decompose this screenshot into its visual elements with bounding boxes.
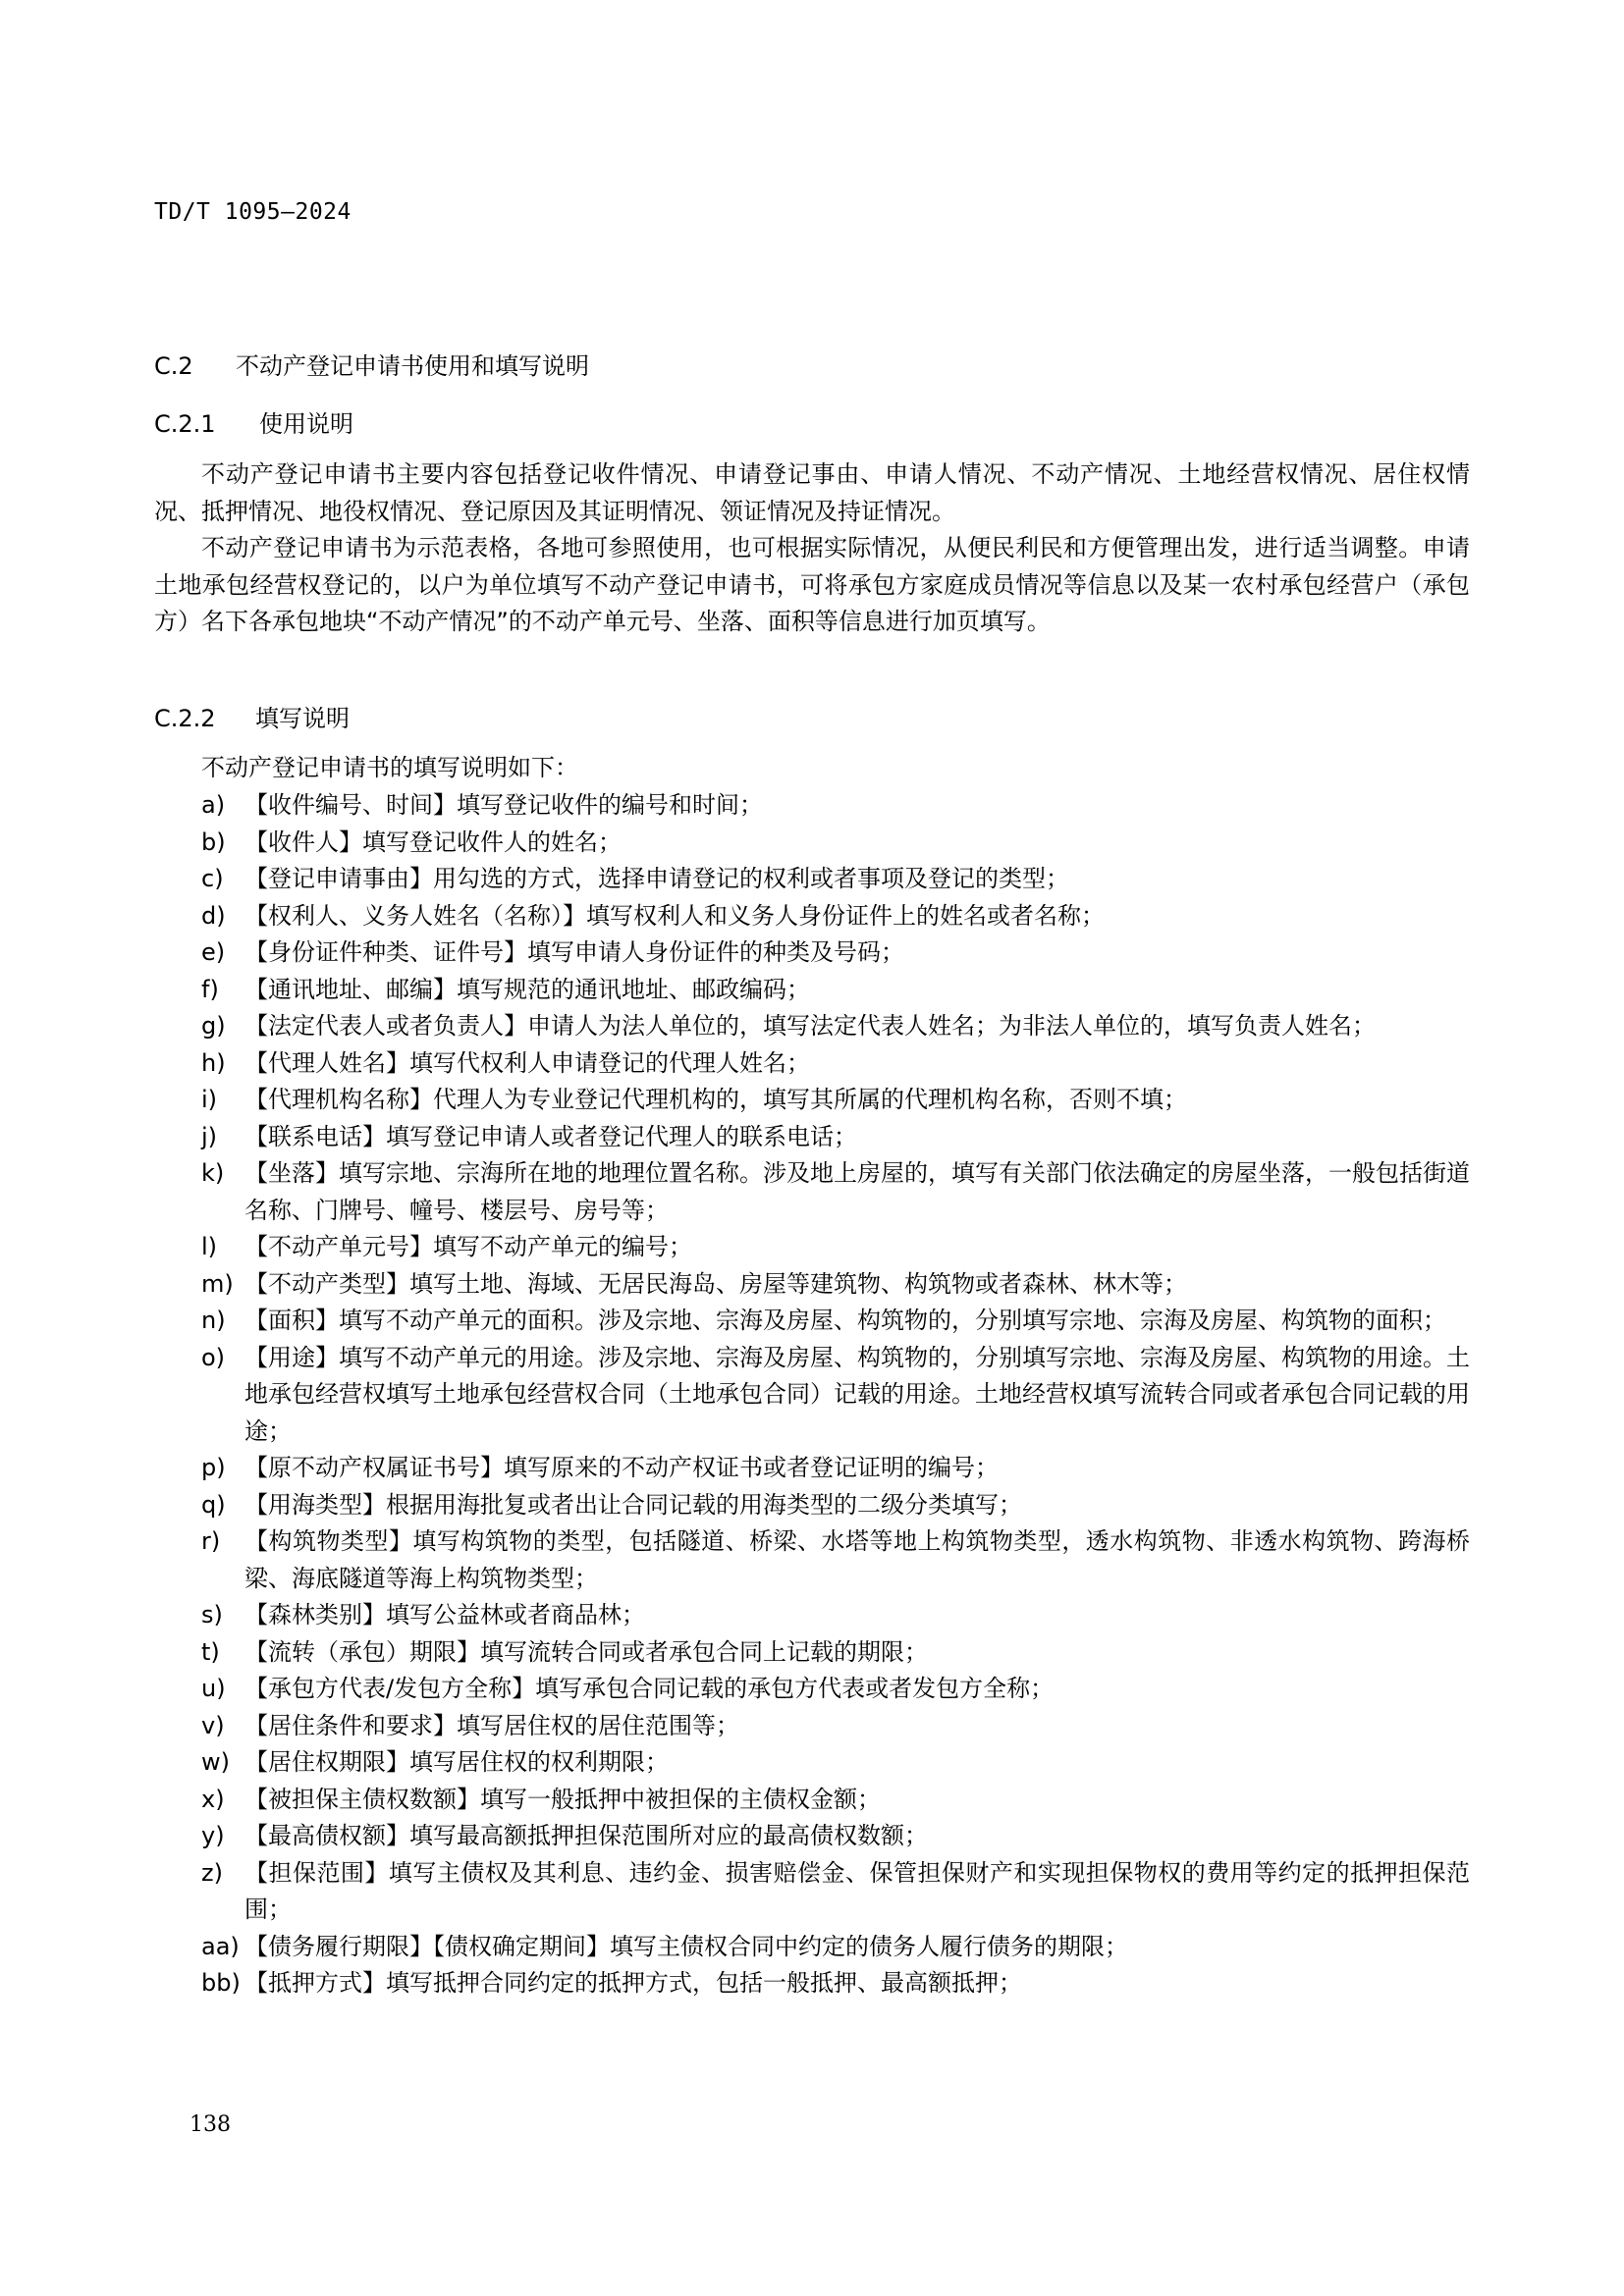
list-item: f)【通讯地址、邮编】填写规范的通讯地址、邮政编码；: [154, 972, 1470, 1009]
list-item-label: k): [154, 1155, 244, 1229]
list-item: o)【用途】填写不动产单元的用途。涉及宗地、宗海及房屋、构筑物的，分别填写宗地、…: [154, 1340, 1470, 1451]
list-item: h)【代理人姓名】填写代权利人申请登记的代理人姓名；: [154, 1045, 1470, 1083]
list-item-text: 【居住条件和要求】填写居住权的居住范围等；: [244, 1708, 1470, 1745]
list-item-label: q): [154, 1487, 244, 1524]
list-item-label: e): [154, 934, 244, 972]
list-item-label: f): [154, 972, 244, 1009]
list-item-text: 【收件人】填写登记收件人的姓名；: [244, 825, 1470, 862]
list-item-text: 【担保范围】填写主债权及其利息、违约金、损害赔偿金、保管担保财产和实现担保物权的…: [244, 1855, 1470, 1929]
list-item-label: x): [154, 1782, 244, 1819]
list-item-label: p): [154, 1450, 244, 1487]
list-item-text: 【通讯地址、邮编】填写规范的通讯地址、邮政编码；: [244, 972, 1470, 1009]
list-item: u)【承包方代表/发包方全称】填写承包合同记载的承包方代表或者发包方全称；: [154, 1671, 1470, 1708]
section-heading-c2: C.2不动产登记申请书使用和填写说明: [154, 347, 589, 381]
list-item-text: 【代理机构名称】代理人为专业登记代理机构的，填写其所属的代理机构名称，否则不填；: [244, 1082, 1470, 1119]
list-item-text: 【不动产单元号】填写不动产单元的编号；: [244, 1229, 1470, 1266]
list-item-label: d): [154, 898, 244, 935]
list-item: b)【收件人】填写登记收件人的姓名；: [154, 825, 1470, 862]
list-item-text: 【构筑物类型】填写构筑物的类型，包括隧道、桥梁、水塔等地上构筑物类型，透水构筑物…: [244, 1523, 1470, 1597]
list-item-label: aa): [154, 1929, 244, 1966]
list-item-label: w): [154, 1744, 244, 1782]
list-item: a)【收件编号、时间】填写登记收件的编号和时间；: [154, 787, 1470, 825]
list-item-text: 【居住权期限】填写居住权的权利期限；: [244, 1744, 1470, 1782]
list-item-label: n): [154, 1303, 244, 1340]
list-item: l)【不动产单元号】填写不动产单元的编号；: [154, 1229, 1470, 1266]
list-item-text: 【抵押方式】填写抵押合同约定的抵押方式，包括一般抵押、最高额抵押；: [244, 1965, 1470, 2002]
list-item-label: i): [154, 1082, 244, 1119]
list-item-text: 【坐落】填写宗地、宗海所在地的地理位置名称。涉及地上房屋的，填写有关部门依法确定…: [244, 1155, 1470, 1229]
list-item-label: u): [154, 1671, 244, 1708]
list-item-text: 【用途】填写不动产单元的用途。涉及宗地、宗海及房屋、构筑物的，分别填写宗地、宗海…: [244, 1340, 1470, 1451]
list-item-label: l): [154, 1229, 244, 1266]
list-item-label: c): [154, 861, 244, 898]
paragraph: 不动产登记申请书主要内容包括登记收件情况、申请登记事由、申请人情况、不动产情况、…: [154, 456, 1470, 530]
list-item: v)【居住条件和要求】填写居住权的居住范围等；: [154, 1708, 1470, 1745]
list-item: aa)【债务履行期限】【债权确定期间】填写主债权合同中约定的债务人履行债务的期限…: [154, 1929, 1470, 1966]
list-item: k)【坐落】填写宗地、宗海所在地的地理位置名称。涉及地上房屋的，填写有关部门依法…: [154, 1155, 1470, 1229]
list-item-text: 【收件编号、时间】填写登记收件的编号和时间；: [244, 787, 1470, 825]
section-title: 填写说明: [255, 705, 350, 732]
list-item-label: z): [154, 1855, 244, 1929]
standard-code-header: TD/T 1095—2024: [154, 199, 352, 225]
list-item-text: 【权利人、义务人姓名（名称）】填写权利人和义务人身份证件上的姓名或者名称；: [244, 898, 1470, 935]
list-item-label: j): [154, 1119, 244, 1156]
list-item-text: 【债务履行期限】【债权确定期间】填写主债权合同中约定的债务人履行债务的期限；: [244, 1929, 1470, 1966]
list-item-label: m): [154, 1266, 244, 1304]
list-item: n)【面积】填写不动产单元的面积。涉及宗地、宗海及房屋、构筑物的，分别填写宗地、…: [154, 1303, 1470, 1340]
list-item-text: 【联系电话】填写登记申请人或者登记代理人的联系电话；: [244, 1119, 1470, 1156]
list-item-label: y): [154, 1818, 244, 1855]
section-number: C.2: [154, 352, 236, 380]
list-item-text: 【承包方代表/发包方全称】填写承包合同记载的承包方代表或者发包方全称；: [244, 1671, 1470, 1708]
section-title: 使用说明: [259, 410, 353, 438]
list-item-text: 【登记申请事由】用勾选的方式，选择申请登记的权利或者事项及登记的类型；: [244, 861, 1470, 898]
fill-instructions-list: a)【收件编号、时间】填写登记收件的编号和时间；b)【收件人】填写登记收件人的姓…: [154, 787, 1470, 2002]
list-item-text: 【流转（承包）期限】填写流转合同或者承包合同上记载的期限；: [244, 1634, 1470, 1672]
list-item-label: s): [154, 1597, 244, 1634]
list-item: e)【身份证件种类、证件号】填写申请人身份证件的种类及号码；: [154, 934, 1470, 972]
list-item-label: t): [154, 1634, 244, 1672]
list-item-text: 【原不动产权属证书号】填写原来的不动产权证书或者登记证明的编号；: [244, 1450, 1470, 1487]
list-item-text: 【面积】填写不动产单元的面积。涉及宗地、宗海及房屋、构筑物的，分别填写宗地、宗海…: [244, 1303, 1470, 1340]
usage-description: 不动产登记申请书主要内容包括登记收件情况、申请登记事由、申请人情况、不动产情况、…: [154, 456, 1470, 641]
section-number: C.2.2: [154, 705, 255, 732]
list-item-label: r): [154, 1523, 244, 1597]
list-item: s)【森林类别】填写公益林或者商品林；: [154, 1597, 1470, 1634]
list-item: r)【构筑物类型】填写构筑物的类型，包括隧道、桥梁、水塔等地上构筑物类型，透水构…: [154, 1523, 1470, 1597]
paragraph: 不动产登记申请书为示范表格，各地可参照使用，也可根据实际情况，从便民利民和方便管…: [154, 530, 1470, 641]
list-item-text: 【代理人姓名】填写代权利人申请登记的代理人姓名；: [244, 1045, 1470, 1083]
page-number: 138: [189, 2112, 231, 2137]
list-item-text: 【法定代表人或者负责人】申请人为法人单位的，填写法定代表人姓名；为非法人单位的，…: [244, 1008, 1470, 1045]
list-item-label: a): [154, 787, 244, 825]
list-item-text: 【用海类型】根据用海批复或者出让合同记载的用海类型的二级分类填写；: [244, 1487, 1470, 1524]
list-item: c)【登记申请事由】用勾选的方式，选择申请登记的权利或者事项及登记的类型；: [154, 861, 1470, 898]
list-item: z)【担保范围】填写主债权及其利息、违约金、损害赔偿金、保管担保财产和实现担保物…: [154, 1855, 1470, 1929]
list-item-text: 【身份证件种类、证件号】填写申请人身份证件的种类及号码；: [244, 934, 1470, 972]
list-item-label: o): [154, 1340, 244, 1451]
section-number: C.2.1: [154, 410, 259, 438]
list-item: bb)【抵押方式】填写抵押合同约定的抵押方式，包括一般抵押、最高额抵押；: [154, 1965, 1470, 2002]
list-item: m)【不动产类型】填写土地、海域、无居民海岛、房屋等建筑物、构筑物或者森林、林木…: [154, 1266, 1470, 1304]
list-item: w)【居住权期限】填写居住权的权利期限；: [154, 1744, 1470, 1782]
document-page: TD/T 1095—2024 C.2不动产登记申请书使用和填写说明 C.2.1使…: [0, 0, 1624, 2296]
list-item-text: 【最高债权额】填写最高额抵押担保范围所对应的最高债权数额；: [244, 1818, 1470, 1855]
list-item-text: 【被担保主债权数额】填写一般抵押中被担保的主债权金额；: [244, 1782, 1470, 1819]
list-item: d)【权利人、义务人姓名（名称）】填写权利人和义务人身份证件上的姓名或者名称；: [154, 898, 1470, 935]
list-item-label: g): [154, 1008, 244, 1045]
list-item: t)【流转（承包）期限】填写流转合同或者承包合同上记载的期限；: [154, 1634, 1470, 1672]
section-heading-c2-2: C.2.2填写说明: [154, 699, 350, 733]
list-intro: 不动产登记申请书的填写说明如下：: [201, 750, 578, 787]
list-item: g)【法定代表人或者负责人】申请人为法人单位的，填写法定代表人姓名；为非法人单位…: [154, 1008, 1470, 1045]
list-item: q)【用海类型】根据用海批复或者出让合同记载的用海类型的二级分类填写；: [154, 1487, 1470, 1524]
list-item-text: 【森林类别】填写公益林或者商品林；: [244, 1597, 1470, 1634]
list-item: i)【代理机构名称】代理人为专业登记代理机构的，填写其所属的代理机构名称，否则不…: [154, 1082, 1470, 1119]
list-item-label: v): [154, 1708, 244, 1745]
list-item-label: h): [154, 1045, 244, 1083]
list-item: p)【原不动产权属证书号】填写原来的不动产权证书或者登记证明的编号；: [154, 1450, 1470, 1487]
list-item-label: b): [154, 825, 244, 862]
section-title: 不动产登记申请书使用和填写说明: [236, 352, 589, 380]
list-item-label: bb): [154, 1965, 244, 2002]
list-item: y)【最高债权额】填写最高额抵押担保范围所对应的最高债权数额；: [154, 1818, 1470, 1855]
list-item: j)【联系电话】填写登记申请人或者登记代理人的联系电话；: [154, 1119, 1470, 1156]
section-heading-c2-1: C.2.1使用说明: [154, 404, 353, 439]
list-item: x)【被担保主债权数额】填写一般抵押中被担保的主债权金额；: [154, 1782, 1470, 1819]
list-item-text: 【不动产类型】填写土地、海域、无居民海岛、房屋等建筑物、构筑物或者森林、林木等；: [244, 1266, 1470, 1304]
